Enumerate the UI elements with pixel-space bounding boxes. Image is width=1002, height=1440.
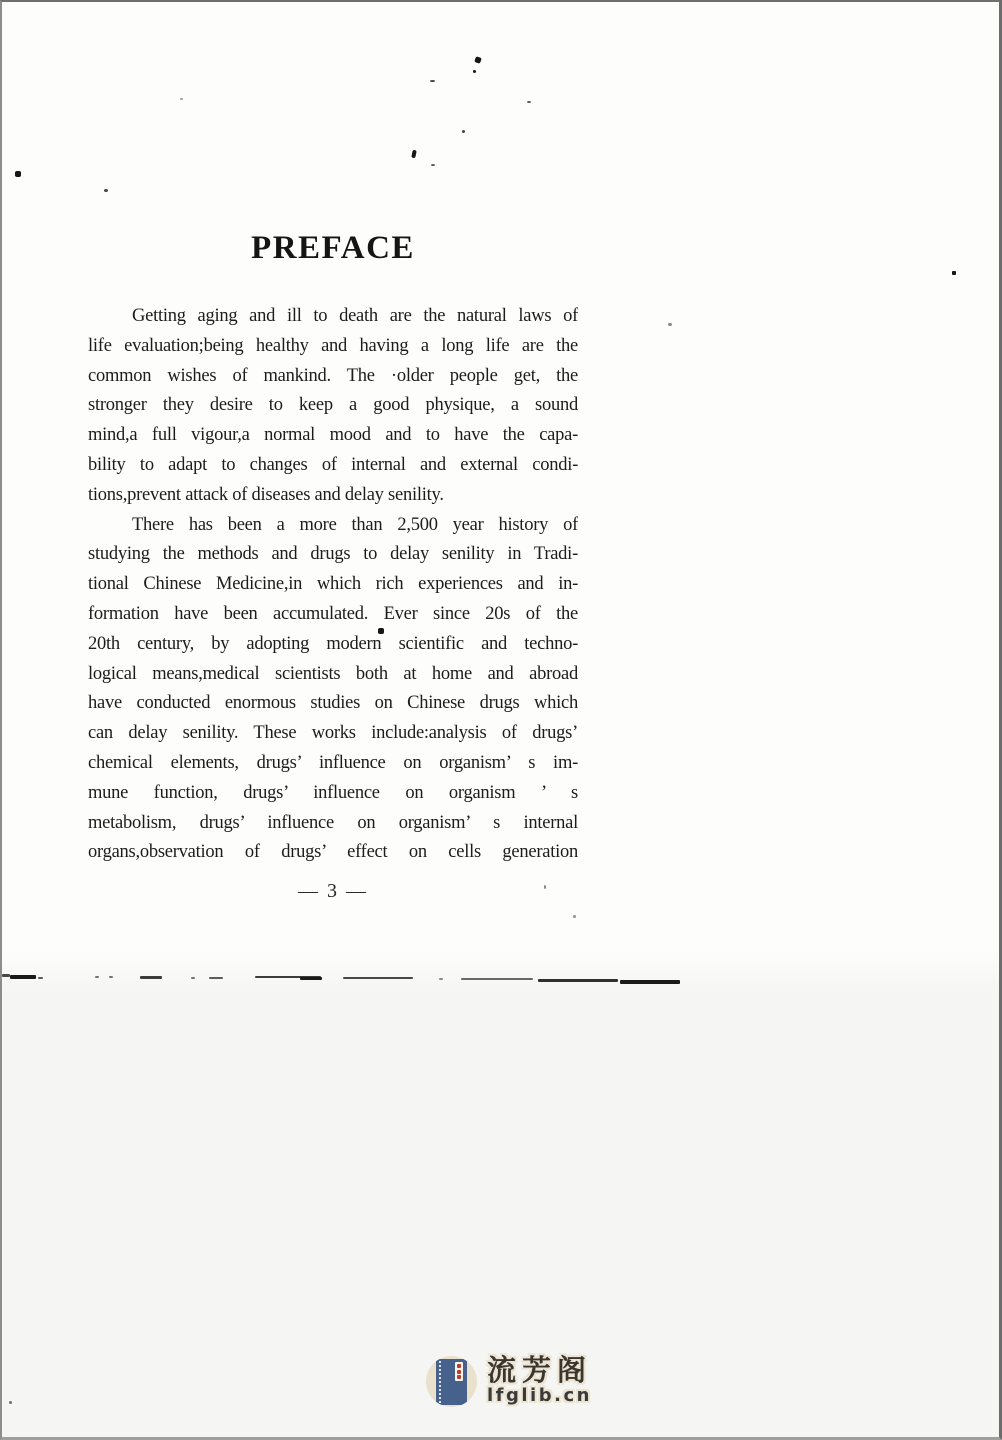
watermark-text: 流芳阁 lfglib.cn [487,1354,592,1406]
text-line: mind,a full vigour,a normal mood and to … [88,421,578,451]
text-line: 20th century, by adopting modern scienti… [88,630,578,660]
page-number: — 3 — [88,880,578,903]
text-line: chemical elements, drugs’ influence on o… [88,749,578,779]
text-line: common wishes of mankind. The ·older peo… [88,362,578,392]
text-line: have conducted enormous studies on Chine… [88,689,578,719]
text-line: life evaluation;being healthy and having… [88,332,578,362]
chinese-stitched-book-icon [436,1359,467,1405]
book-page: PREFACE Getting aging and ill to death a… [88,229,578,903]
text-line: Getting aging and ill to death are the n… [88,302,578,332]
watermark-site-name: 流芳阁 [487,1354,592,1386]
book-title-label [455,1362,463,1381]
text-line: organs,observation of drugs’ effect on c… [88,838,578,868]
text-line: formation have been accumulated. Ever si… [88,600,578,630]
text-line: can delay senility. These works include:… [88,719,578,749]
paragraph-2: There has been a more than 2,500 year hi… [88,511,578,869]
site-watermark: 流芳阁 lfglib.cn [426,1356,592,1407]
paragraph-1: Getting aging and ill to death are the n… [88,302,578,511]
text-line: metabolism, drugs’ influence on organism… [88,809,578,839]
text-line: studying the methods and drugs to delay … [88,540,578,570]
text-line: mune function, drugs’ influence on organ… [88,779,578,809]
watermark-site-url: lfglib.cn [487,1386,592,1406]
page-title: PREFACE [88,229,578,267]
text-line: tional Chinese Medicine,in which rich ex… [88,570,578,600]
text-line: tions,prevent attack of diseases and del… [88,481,578,511]
text-line: bility to adapt to changes of internal a… [88,451,578,481]
watermark-circle [426,1356,477,1407]
book-stitching [439,1361,441,1403]
text-line: logical means,medical scientists both at… [88,660,578,690]
body-text: Getting aging and ill to death are the n… [88,302,578,868]
text-line: stronger they desire to keep a good phys… [88,391,578,421]
text-line: There has been a more than 2,500 year hi… [88,511,578,541]
